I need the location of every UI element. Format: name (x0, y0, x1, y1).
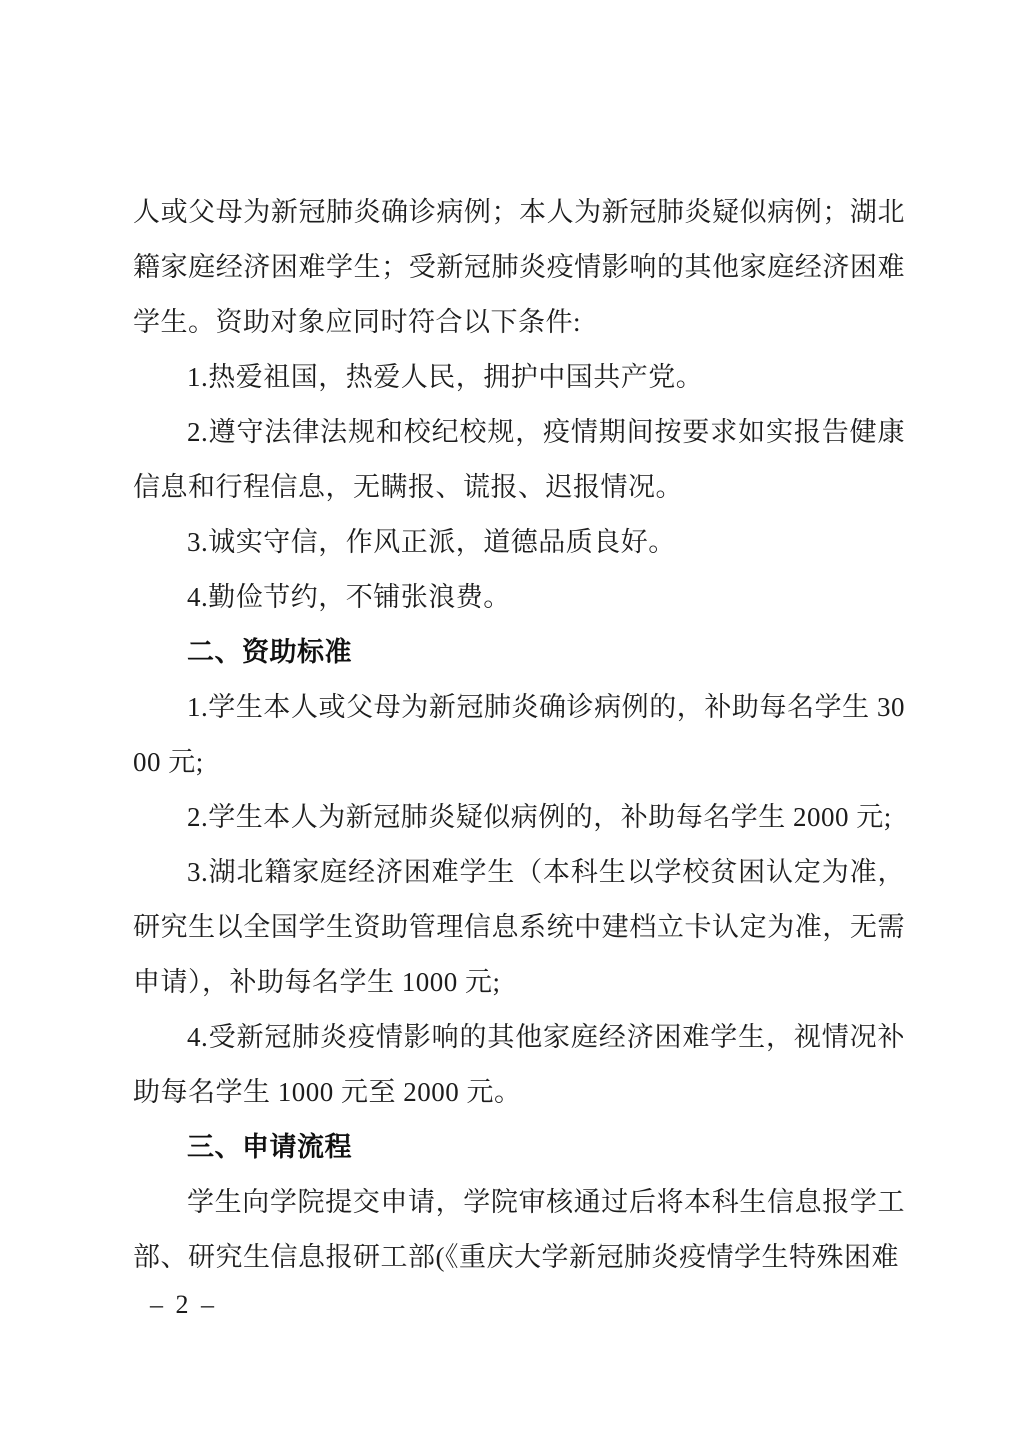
document-page: 人或父母为新冠肺炎确诊病例；本人为新冠肺炎疑似病例；湖北籍家庭经济困难学生；受新… (0, 0, 1024, 1448)
section-heading-application-process: 三、申请流程 (133, 1120, 905, 1175)
standard-item-3: 3.湖北籍家庭经济困难学生（本科生以学校贫困认定为准，研究生以全国学生资助管理信… (133, 845, 905, 1010)
document-body: 人或父母为新冠肺炎确诊病例；本人为新冠肺炎疑似病例；湖北籍家庭经济困难学生；受新… (133, 185, 905, 1285)
condition-item-1: 1.热爱祖国，热爱人民，拥护中国共产党。 (133, 350, 905, 405)
condition-item-2: 2.遵守法律法规和校纪校规，疫情期间按要求如实报告健康信息和行程信息，无瞒报、谎… (133, 405, 905, 515)
section-heading-funding-standard: 二、资助标准 (133, 625, 905, 680)
standard-item-4: 4.受新冠肺炎疫情影响的其他家庭经济困难学生，视情况补助每名学生 1000 元至… (133, 1010, 905, 1120)
paragraph-continuation: 人或父母为新冠肺炎确诊病例；本人为新冠肺炎疑似病例；湖北籍家庭经济困难学生；受新… (133, 185, 905, 350)
process-paragraph: 学生向学院提交申请，学院审核通过后将本科生信息报学工部、研究生信息报研工部(《重… (133, 1175, 905, 1285)
condition-item-3: 3.诚实守信，作风正派，道德品质良好。 (133, 515, 905, 570)
page-number: – 2 – (150, 1290, 217, 1320)
standard-item-1: 1.学生本人或父母为新冠肺炎确诊病例的，补助每名学生 3000 元; (133, 680, 905, 790)
condition-item-4: 4.勤俭节约，不铺张浪费。 (133, 570, 905, 625)
standard-item-2: 2.学生本人为新冠肺炎疑似病例的，补助每名学生 2000 元; (133, 790, 905, 845)
